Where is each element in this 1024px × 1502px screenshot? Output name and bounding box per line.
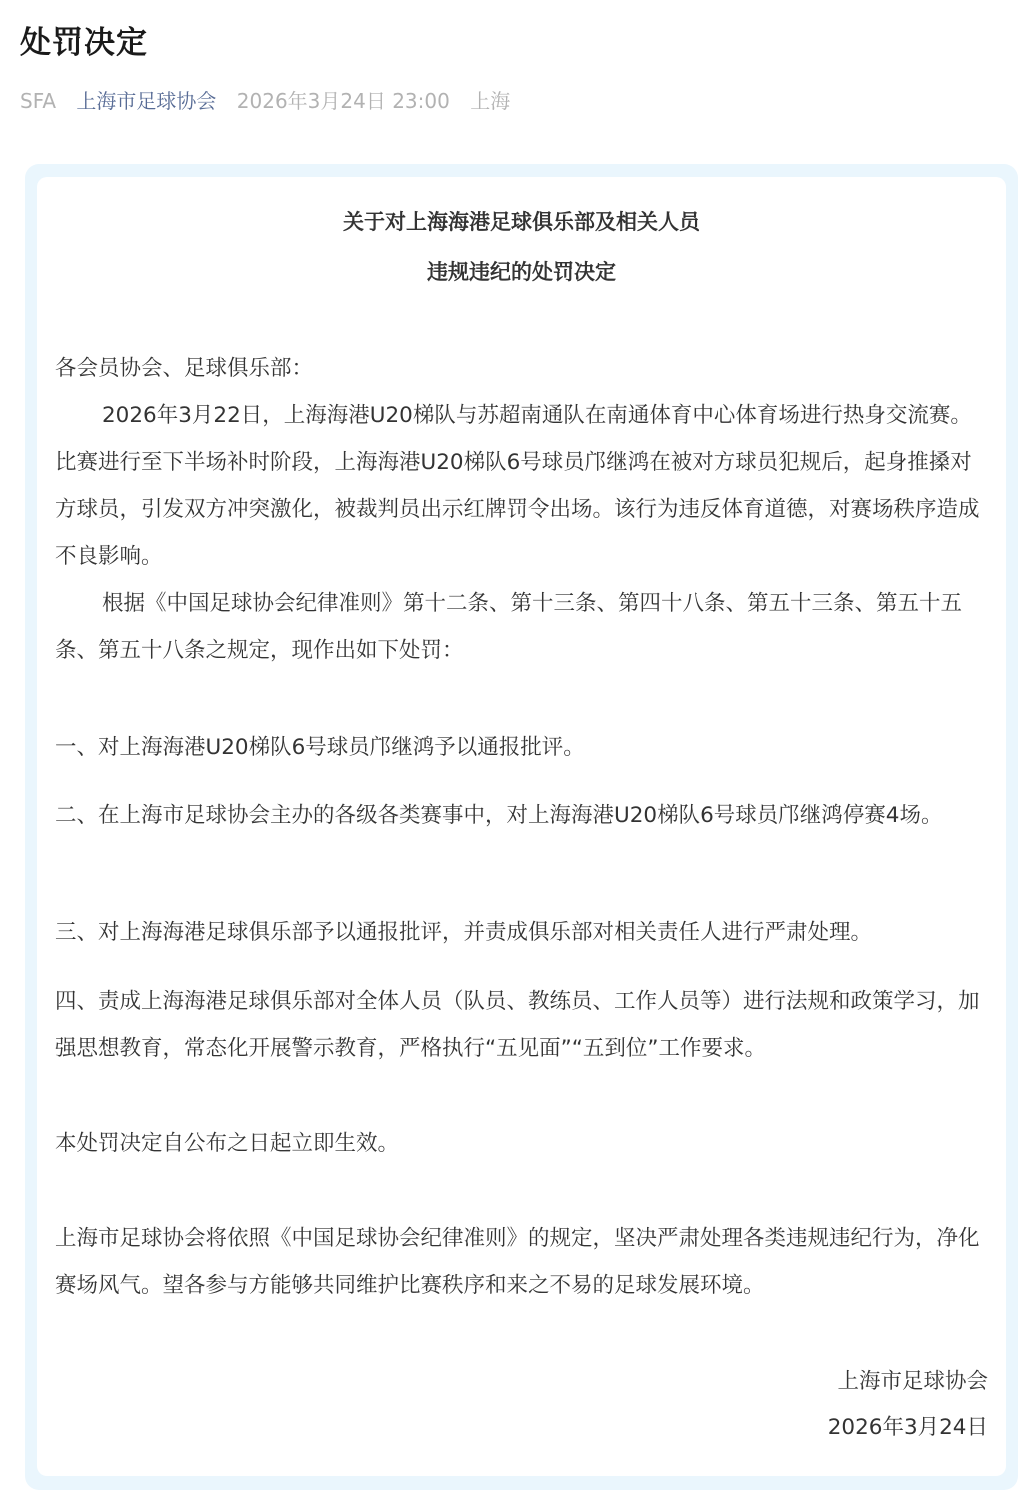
publish-datetime: 2026年3月24日 23:00 [237, 89, 450, 113]
signature-org: 上海市足球协会 [837, 1367, 988, 1397]
article-title: 处罚决定 [20, 22, 148, 64]
document-heading-line-1: 关于对上海海港足球俱乐部及相关人员 [37, 207, 1006, 237]
source-label: SFA [20, 89, 56, 113]
signature-date: 2026年3月24日 [828, 1413, 988, 1443]
effective-statement: 本处罚决定自公布之日起立即生效。 [55, 1120, 991, 1167]
basis-paragraph: 根据《中国足球协会纪律准则》第十二条、第十三条、第四十八条、第五十三条、第五十五… [55, 580, 991, 674]
penalty-item-1: 一、对上海海港U20梯队6号球员邝继鸿予以通报批评。 [55, 724, 991, 771]
document-card-frame: 关于对上海海港足球俱乐部及相关人员 违规违纪的处罚决定 各会员协会、足球俱乐部：… [25, 164, 1018, 1490]
document-heading-line-2: 违规违纪的处罚决定 [37, 257, 1006, 287]
document-card: 关于对上海海港足球俱乐部及相关人员 违规违纪的处罚决定 各会员协会、足球俱乐部：… [37, 177, 1006, 1476]
penalty-item-3: 三、对上海海港足球俱乐部予以通报批评，并责成俱乐部对相关责任人进行严肃处理。 [55, 909, 991, 956]
publish-location: 上海 [470, 89, 510, 113]
penalty-item-4: 四、责成上海海港足球俱乐部对全体人员（队员、教练员、工作人员等）进行法规和政策学… [55, 978, 991, 1072]
closing-paragraph: 上海市足球协会将依照《中国足球协会纪律准则》的规定，坚决严肃处理各类违规违纪行为… [55, 1215, 991, 1309]
article-meta: SFA 上海市足球协会 2026年3月24日 23:00 上海 [20, 86, 524, 116]
facts-paragraph: 2026年3月22日，上海海港U20梯队与苏超南通队在南通体育中心体育场进行热身… [55, 392, 991, 580]
author-link[interactable]: 上海市足球协会 [76, 89, 216, 113]
penalty-item-2: 二、在上海市足球协会主办的各级各类赛事中，对上海海港U20梯队6号球员邝继鸿停赛… [55, 792, 991, 839]
salutation: 各会员协会、足球俱乐部： [55, 345, 991, 392]
